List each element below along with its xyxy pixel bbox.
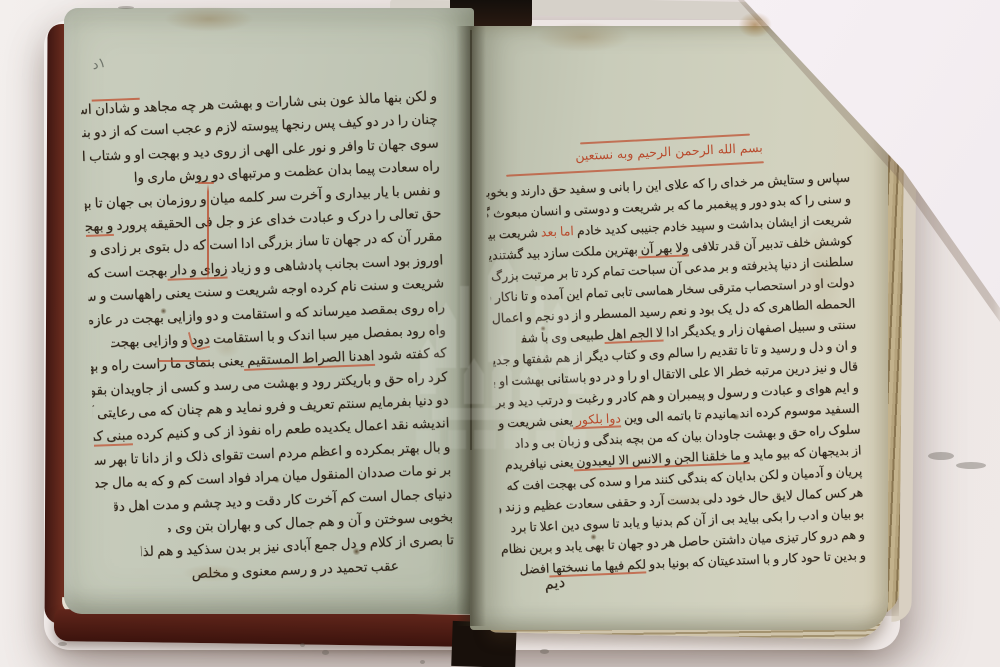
- backdrop-speck: [956, 462, 986, 469]
- rubric-word: اما بعد: [538, 223, 575, 239]
- backdrop-speck: [540, 649, 549, 654]
- backdrop-speck: [928, 452, 954, 460]
- leather-cover-bottom-edge: [54, 609, 484, 647]
- line-segment: زوای و دار: [167, 260, 228, 280]
- left-page-text-block: و لکن بنها مالذ عون بنی شارات و بهشت هر …: [81, 85, 456, 592]
- backdrop-speck: [58, 642, 67, 646]
- paper-stain: [800, 226, 844, 326]
- red-ink-mark: [198, 182, 214, 184]
- line-segment: شریعت بیضا محیی این: [488, 225, 539, 245]
- rubric-word: دوا بلکور: [573, 410, 622, 429]
- paper-stain: [540, 326, 546, 331]
- line-segment: که کفته شود: [374, 345, 447, 364]
- manuscript-photo: ١د و لکن بنها مالذ عون بنی شارات و بهشت …: [0, 0, 1000, 667]
- line-segment: مبنی کمک خدا: [93, 428, 133, 449]
- paper-stain: [352, 548, 361, 555]
- backdrop-speck: [300, 643, 305, 647]
- line-segment: بهجت است که تکالیف شرعیم: [87, 263, 168, 285]
- line-segment: از بدیجهان که بیو ماید: [749, 442, 861, 462]
- paper-stain: [732, 414, 740, 420]
- line-segment: لا الجم اهل: [603, 325, 663, 344]
- backdrop-speck: [420, 660, 425, 664]
- red-ink-mark: [207, 184, 209, 280]
- line-segment: است و بر: [81, 102, 92, 120]
- paper-stain: [160, 308, 167, 314]
- line-segment: طبیعی وی با شفاها: [521, 327, 604, 346]
- left-page: ١د و لکن بنها مالذ عون بنی شارات و بهشت …: [64, 8, 474, 614]
- paper-stain: [274, 478, 280, 483]
- line-segment: اهدنا الصراط المستقیم: [243, 348, 374, 371]
- line-segment: یعنی نیافریدم: [505, 454, 574, 472]
- paper-stain: [182, 564, 242, 582]
- gutter-fold-line: [470, 30, 472, 450]
- paper-stain: [536, 22, 631, 52]
- catchword: دیم: [543, 573, 566, 594]
- top-page-edges-right: [528, 0, 768, 21]
- paper-stain: [590, 534, 597, 540]
- paper-stain: [650, 494, 720, 510]
- red-ink-mark: [158, 360, 210, 362]
- pencil-foliation-mark: ١د: [90, 55, 107, 74]
- line-segment: و بهجت و استعادت: [85, 218, 113, 239]
- right-page: بسم الله الرحمن الرحيم وبه نستعين سپاس و…: [470, 26, 888, 630]
- paper-stain: [214, 338, 240, 358]
- backdrop-speck: [118, 6, 134, 9]
- line-segment: و شادان: [91, 98, 140, 118]
- paper-stain: [164, 6, 254, 32]
- backdrop-speck: [322, 650, 329, 655]
- sheet-corner-stain: [738, 12, 772, 38]
- line-segment: ولا بهر آن: [637, 239, 689, 258]
